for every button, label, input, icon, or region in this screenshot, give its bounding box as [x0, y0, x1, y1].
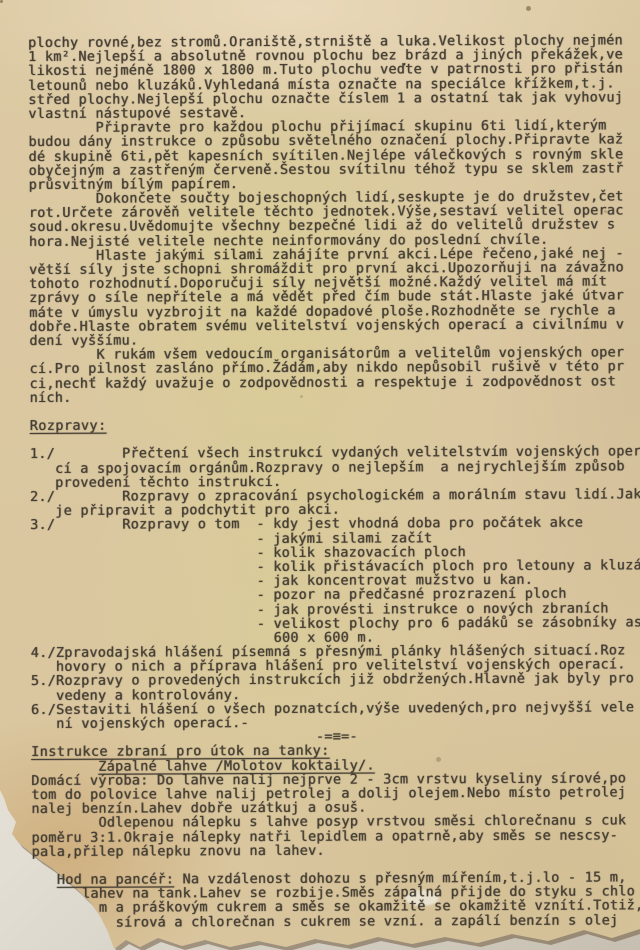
text-line: 6./Sestaviti hlášení o všech poznatcích,…	[31, 700, 640, 717]
block-item-13: 6./Sestaviti hlášení o všech poznatcích,…	[31, 700, 640, 731]
text-line: střed plochy.Nejlepší plochu označte čís…	[28, 90, 640, 107]
underlined-text: Rozpravy:	[30, 418, 107, 434]
block-para-4: K rukám všem vedoucím organisátorům a ve…	[29, 345, 640, 405]
block-para-0: plochy rovné,bez stromů.Oraniště,strništ…	[28, 33, 640, 121]
block-para-17: Odlepenou nálepku s lahve posyp vrstvou …	[31, 813, 640, 858]
block-item-10: 3./ Rozpravy o tom - kdy jest vhodná dob…	[30, 515, 640, 646]
block-item-8: 1./ Přečtení všech instrukcí vydaných ve…	[30, 445, 640, 490]
block-para-19: Hod na pancéř: Na vzdálenost dohozu s př…	[32, 870, 640, 930]
text-line: cí a spojovacím orgánům.Rozpravy o nejle…	[30, 459, 640, 476]
text-line: sírová a chlorečnan s cukrem se vzní. a …	[32, 913, 640, 930]
text-line: ci,nechť každý uvažuje o zodpovědnosti a…	[29, 374, 640, 391]
block-para-16: Zápalné lahve /Molotov koktaily/.Domácí …	[31, 757, 640, 817]
block-item-9: 2./ Rozpravy o zpracování psychologickém…	[30, 487, 640, 518]
text-line: dobře.Hlaste obratem svému velitelství v…	[29, 317, 640, 334]
block-para-1: Připravte pro každou plochu přijímací sk…	[28, 118, 640, 192]
block-para-3: Hlaste jakými silami zahájíte první akci…	[29, 246, 640, 348]
text-line: poměru 3:1.Okraje nálepky natři lepidlem…	[31, 828, 640, 845]
text-line: 5./Rozpravy o provedených instrukcích ji…	[31, 672, 640, 689]
text-line: obyčejným a zastřeným červeně.Šestou sví…	[29, 161, 640, 178]
paper-stain-specks	[0, 0, 3, 3]
block-para-2: Dokončete součty bojeschopných lidí,sesk…	[29, 189, 640, 249]
typewritten-document-text: plochy rovné,bez stromů.Oraniště,strništ…	[28, 33, 640, 930]
block-item-12: 5./Rozpravy o provedených instrukcích ji…	[31, 672, 640, 703]
